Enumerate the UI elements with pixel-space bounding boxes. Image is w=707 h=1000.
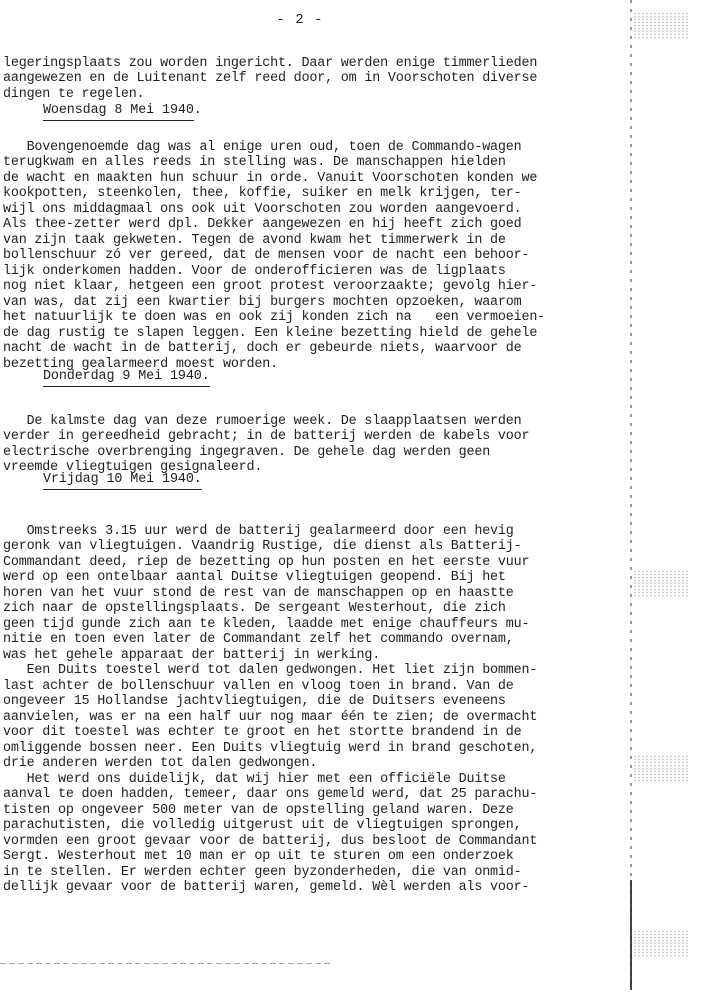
scan-speckle: [633, 570, 688, 598]
text-line: in te stellen. Er werden echter geen byz…: [3, 865, 603, 881]
text-line: electrische overbrenging ingegraven. De …: [3, 445, 603, 461]
text-line: nog niet klaar, hetgeen een groot protes…: [3, 279, 603, 295]
text-line: voor dit toestel was echter te groot en …: [3, 725, 603, 741]
bottom-scan-line: [0, 963, 330, 964]
text-line: Bovengenoemde dag was al enige uren oud,…: [3, 140, 603, 156]
text-line: terugkwam en alles reeds in stelling was…: [3, 155, 603, 171]
text-line: kookpotten, steenkolen, thee, koffie, su…: [3, 186, 603, 202]
section-body-vrijdag: Omstreeks 3.15 uur werd de batterij geal…: [3, 508, 603, 911]
text-line: last achter de bollenschuur vallen en vl…: [3, 679, 603, 695]
text-line: drie anderen werden tot dalen gedwongen.: [3, 756, 603, 772]
text-line: horen van het vuur stond de rest van de …: [3, 586, 603, 602]
text-line: werd op een ontelbaar aantal Duitse vlie…: [3, 570, 603, 586]
text-line: aangewezen en de Luitenant zelf reed doo…: [3, 71, 603, 87]
heading-text: Vrijdag 10 Mei 1940.: [43, 472, 202, 490]
text-line: Als thee-zetter werd dpl. Dekker aangewe…: [3, 217, 603, 233]
text-line: nacht de wacht in de batterij, doch er g…: [3, 341, 603, 357]
scan-speckle: [633, 930, 688, 958]
text-line: wijl ons middagmaal ons ook uit Voorscho…: [3, 202, 603, 218]
text-line: Commandant deed, riep de bezetting op hu…: [3, 555, 603, 571]
text-line: Een Duits toestel werd tot dalen gedwong…: [3, 663, 603, 679]
text-line: het natuurlijk te doen was en ook zij ko…: [3, 310, 603, 326]
text-line: was het gehele apparaat der batterij in …: [3, 648, 603, 664]
text-line: aanval te doen hadden, temeer, daar ons …: [3, 787, 603, 803]
text-line: omliggende bossen neer. Een Duits vliegt…: [3, 741, 603, 757]
text-line: van zijn taak gekweten. Tegen de avond k…: [3, 233, 603, 249]
text-line: Sergt. Westerhout met 10 man er op uit t…: [3, 849, 603, 865]
section-heading-woensdag: Woensdag 8 Mei 1940.: [43, 103, 202, 118]
section-heading-vrijdag: Vrijdag 10 Mei 1940.: [43, 472, 202, 487]
section-heading-donderdag: Donderdag 9 Mei 1940.: [43, 369, 210, 384]
text-line: Het werd ons duidelijk, dat wij hier met…: [3, 772, 603, 788]
text-line: aanvielen, was er na een half uur nog ma…: [3, 710, 603, 726]
scan-speckle: [633, 755, 688, 783]
heading-text: Donderdag 9 Mei 1940.: [43, 369, 210, 387]
text-line: geronk van vliegtuigen. Vaandrig Rustige…: [3, 539, 603, 555]
text-line: De kalmste dag van deze rumoerige week. …: [3, 414, 603, 430]
text-line: de wacht en maakten hun schuur in orde. …: [3, 171, 603, 187]
text-line: tisten op ongeveer 500 meter van de opst…: [3, 803, 603, 819]
text-line: van was, dat zij een kwartier bij burger…: [3, 295, 603, 311]
text-line: legeringsplaats zou worden ingericht. Da…: [3, 56, 603, 72]
text-line: verder in gereedheid gebracht; in de bat…: [3, 429, 603, 445]
text-line: parachutisten, die volledig uitgerust ui…: [3, 818, 603, 834]
text-line: de dag rustig te slapen leggen. Een klei…: [3, 326, 603, 342]
text-line: geen tijd gunde zich aan te kleden, laad…: [3, 617, 603, 633]
heading-period: .: [194, 103, 202, 118]
text-line: dingen te regelen.: [3, 87, 603, 103]
text-line: lijk onderkomen hadden. Voor de onderoff…: [3, 264, 603, 280]
text-line: ongeveer 15 Hollandse jachtvliegtuigen, …: [3, 694, 603, 710]
text-line: nitie en toen even later de Commandant z…: [3, 632, 603, 648]
text-line: dellijk gevaar voor de batterij waren, g…: [3, 880, 603, 896]
text-line: vormden een groot gevaar voor de batteri…: [3, 834, 603, 850]
text-line: bollenschuur zó ver gereed, dat de mense…: [3, 248, 603, 264]
text-line: zich naar de opstellingsplaats. De serge…: [3, 601, 603, 617]
text-line: Omstreeks 3.15 uur werd de batterij geal…: [3, 524, 603, 540]
binding-edge-rule-solid: [630, 880, 632, 990]
page-number: - 2 -: [0, 12, 600, 28]
heading-text: Woensdag 8 Mei 1940: [43, 103, 194, 121]
scan-speckle: [633, 12, 688, 40]
section-body-woensdag: Bovengenoemde dag was al enige uren oud,…: [3, 124, 603, 388]
binding-edge-rule: [630, 0, 632, 990]
